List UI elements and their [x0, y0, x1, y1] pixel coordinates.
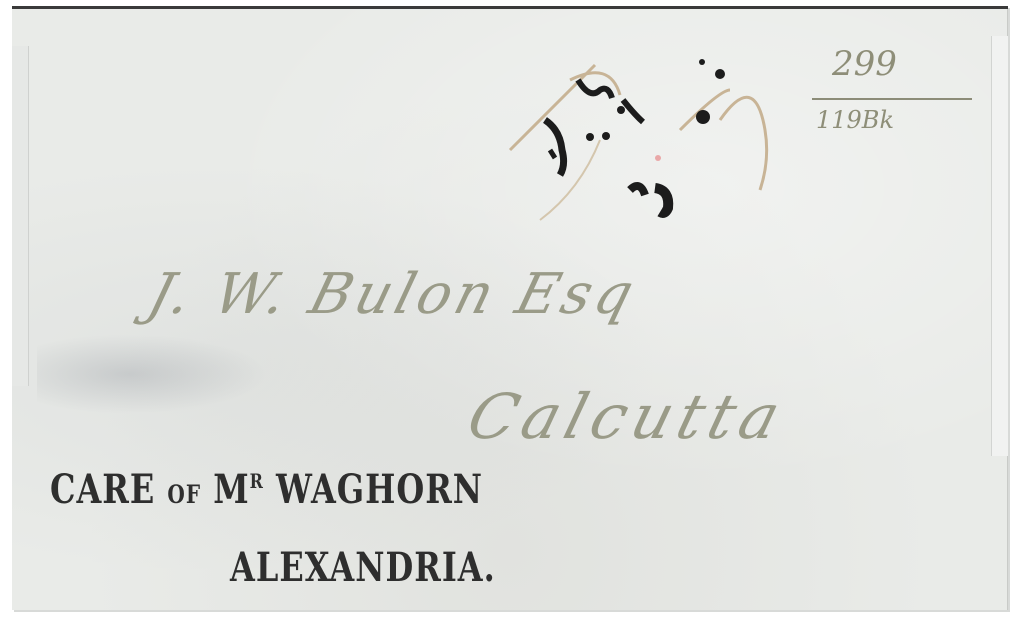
- rate-marks: [500, 40, 800, 240]
- docket-reference: 119Bk: [816, 106, 894, 134]
- handstamp-line2: ALEXANDRIA.: [230, 543, 496, 591]
- docket-number: 299: [832, 44, 897, 84]
- handstamp-mr-sup: R: [250, 469, 264, 493]
- left-fold-flap: [12, 46, 29, 386]
- right-fold-flap: [991, 36, 1008, 456]
- handstamp-of: OF: [167, 479, 201, 509]
- handstamp-waghorn: WAGHORN: [276, 465, 483, 513]
- docket-divider: [812, 98, 972, 100]
- addressee-name: J. W. Bulon Esq: [141, 262, 644, 327]
- sepia-stroke: [510, 65, 595, 150]
- ink-smudge: [37, 334, 267, 414]
- handstamp-line1: CARE OF MR WAGHORN: [50, 465, 483, 513]
- addressee-city: Calcutta: [460, 380, 793, 453]
- handstamp-care: CARE: [50, 465, 155, 513]
- handstamp-mr: M: [213, 465, 249, 513]
